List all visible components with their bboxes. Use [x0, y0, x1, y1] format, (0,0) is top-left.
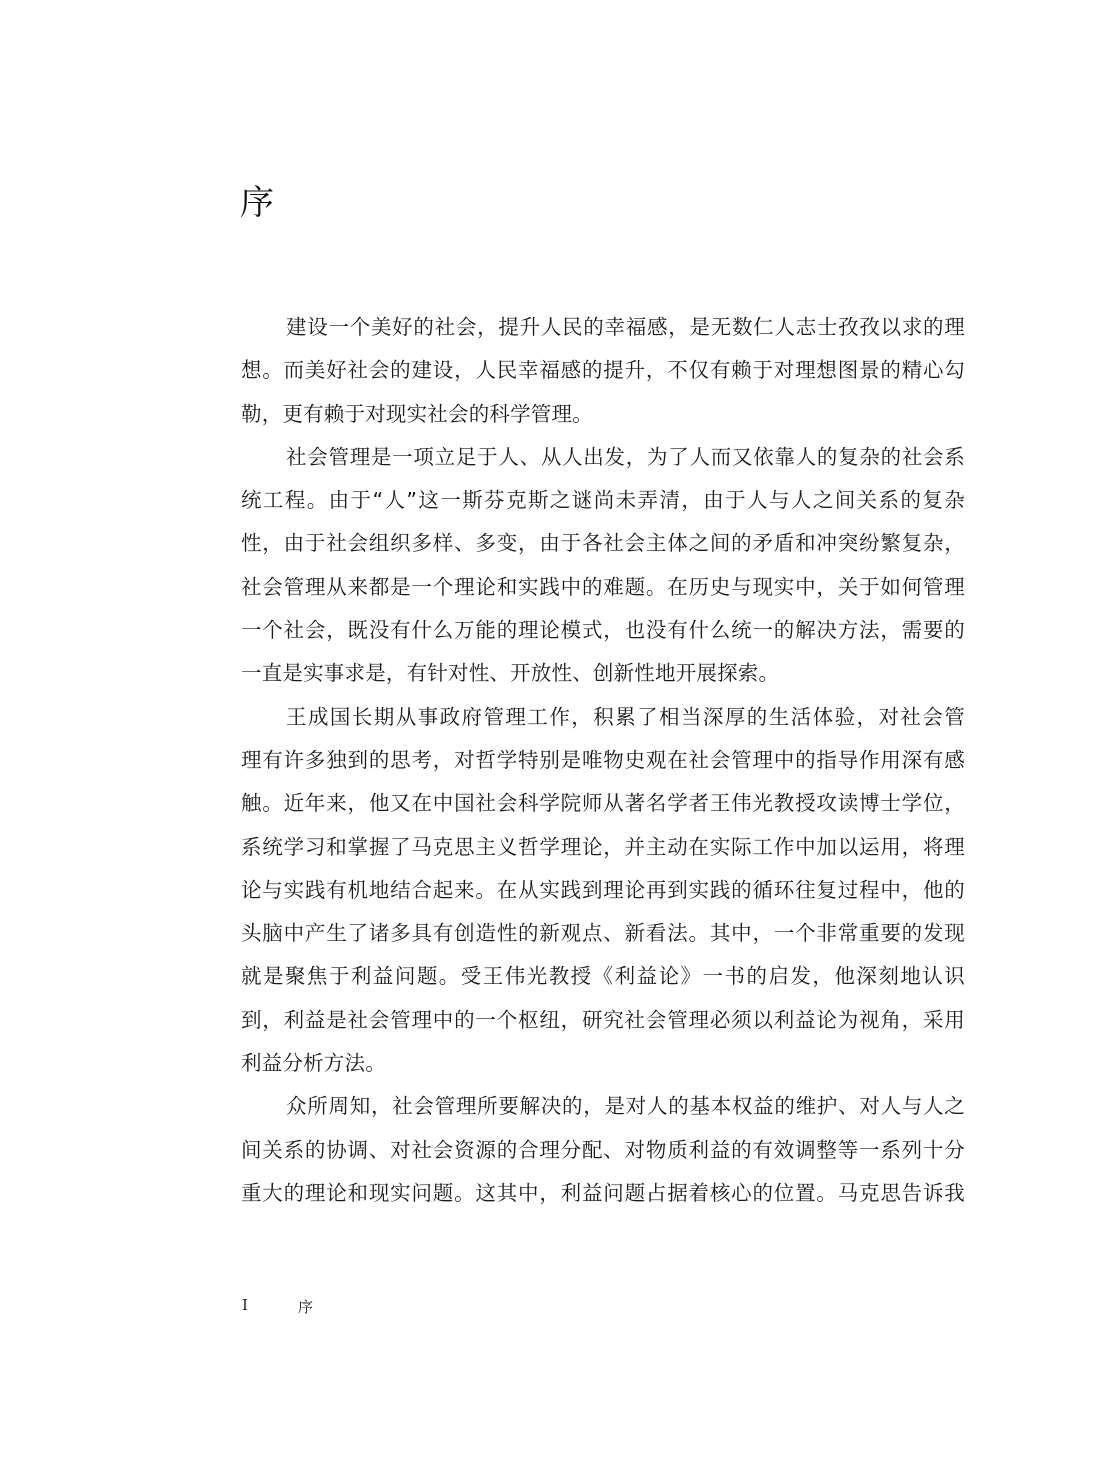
text-line: 重大的理论和现实问题。这其中，利益问题占据着核心的位置。马克思告诉我	[241, 1172, 965, 1215]
text-line: 社会管理从来都是一个理论和实践中的难题。在历史与现实中，关于如何管理	[241, 566, 965, 609]
text-line: 众所周知，社会管理所要解决的，是对人的基本权益的维护、对人与人之	[241, 1085, 965, 1128]
text-line: 间关系的协调、对社会资源的合理分配、对物质利益的有效调整等一系列十分	[241, 1129, 965, 1172]
text-line: 论与实践有机地结合起来。在从实践到理论再到实践的循环往复过程中，他的	[241, 869, 965, 912]
paragraph-2: 社会管理是一项立足于人、从人出发，为了人而又依靠人的复杂的社会系 统工程。由于“…	[241, 436, 965, 696]
text-line: 统工程。由于“人”这一斯芬克斯之谜尚未弄清，由于人与人之间关系的复杂	[241, 479, 965, 522]
page-number: I	[242, 1296, 248, 1314]
text-line: 头脑中产生了诸多具有创造性的新观点、新看法。其中，一个非常重要的发现	[241, 912, 965, 955]
text-line: 一直是实事求是，有针对性、开放性、创新性地开展探索。	[241, 652, 965, 695]
text-line: 系统学习和掌握了马克思主义哲学理论，并主动在实际工作中加以运用，将理	[241, 826, 965, 869]
text-line: 到，利益是社会管理中的一个枢纽，研究社会管理必须以利益论为视角，采用	[241, 999, 965, 1042]
text-line: 理有许多独到的思考，对哲学特别是唯物史观在社会管理中的指导作用深有感	[241, 739, 965, 782]
text-line: 一个社会，既没有什么万能的理论模式，也没有什么统一的解决方法，需要的	[241, 609, 965, 652]
text-line: 勒，更有赖于对现实社会的科学管理。	[241, 393, 965, 436]
text-line: 触。近年来，他又在中国社会科学院师从著名学者王伟光教授攻读博士学位，	[241, 782, 965, 825]
body-text: 建设一个美好的社会，提升人民的幸福感，是无数仁人志士孜孜以求的理 想。而美好社会…	[241, 306, 965, 1215]
text-line: 利益分析方法。	[241, 1042, 965, 1085]
paragraph-3: 王成国长期从事政府管理工作，积累了相当深厚的生活体验，对社会管 理有许多独到的思…	[241, 696, 965, 1086]
text-line: 就是聚焦于利益问题。受王伟光教授《利益论》一书的启发，他深刻地认识	[241, 955, 965, 998]
text-line: 建设一个美好的社会，提升人民的幸福感，是无数仁人志士孜孜以求的理	[241, 306, 965, 349]
paragraph-1: 建设一个美好的社会，提升人民的幸福感，是无数仁人志士孜孜以求的理 想。而美好社会…	[241, 306, 965, 436]
text-line: 王成国长期从事政府管理工作，积累了相当深厚的生活体验，对社会管	[241, 696, 965, 739]
paragraph-4: 众所周知，社会管理所要解决的，是对人的基本权益的维护、对人与人之 间关系的协调、…	[241, 1085, 965, 1215]
text-line: 社会管理是一项立足于人、从人出发，为了人而又依靠人的复杂的社会系	[241, 436, 965, 479]
page-title: 序	[240, 180, 274, 226]
text-line: 性，由于社会组织多样、多变，由于各社会主体之间的矛盾和冲突纷繁复杂，	[241, 522, 965, 565]
text-line: 想。而美好社会的建设，人民幸福感的提升，不仅有赖于对理想图景的精心勾	[241, 349, 965, 392]
running-footer-section: 序	[298, 1296, 313, 1317]
